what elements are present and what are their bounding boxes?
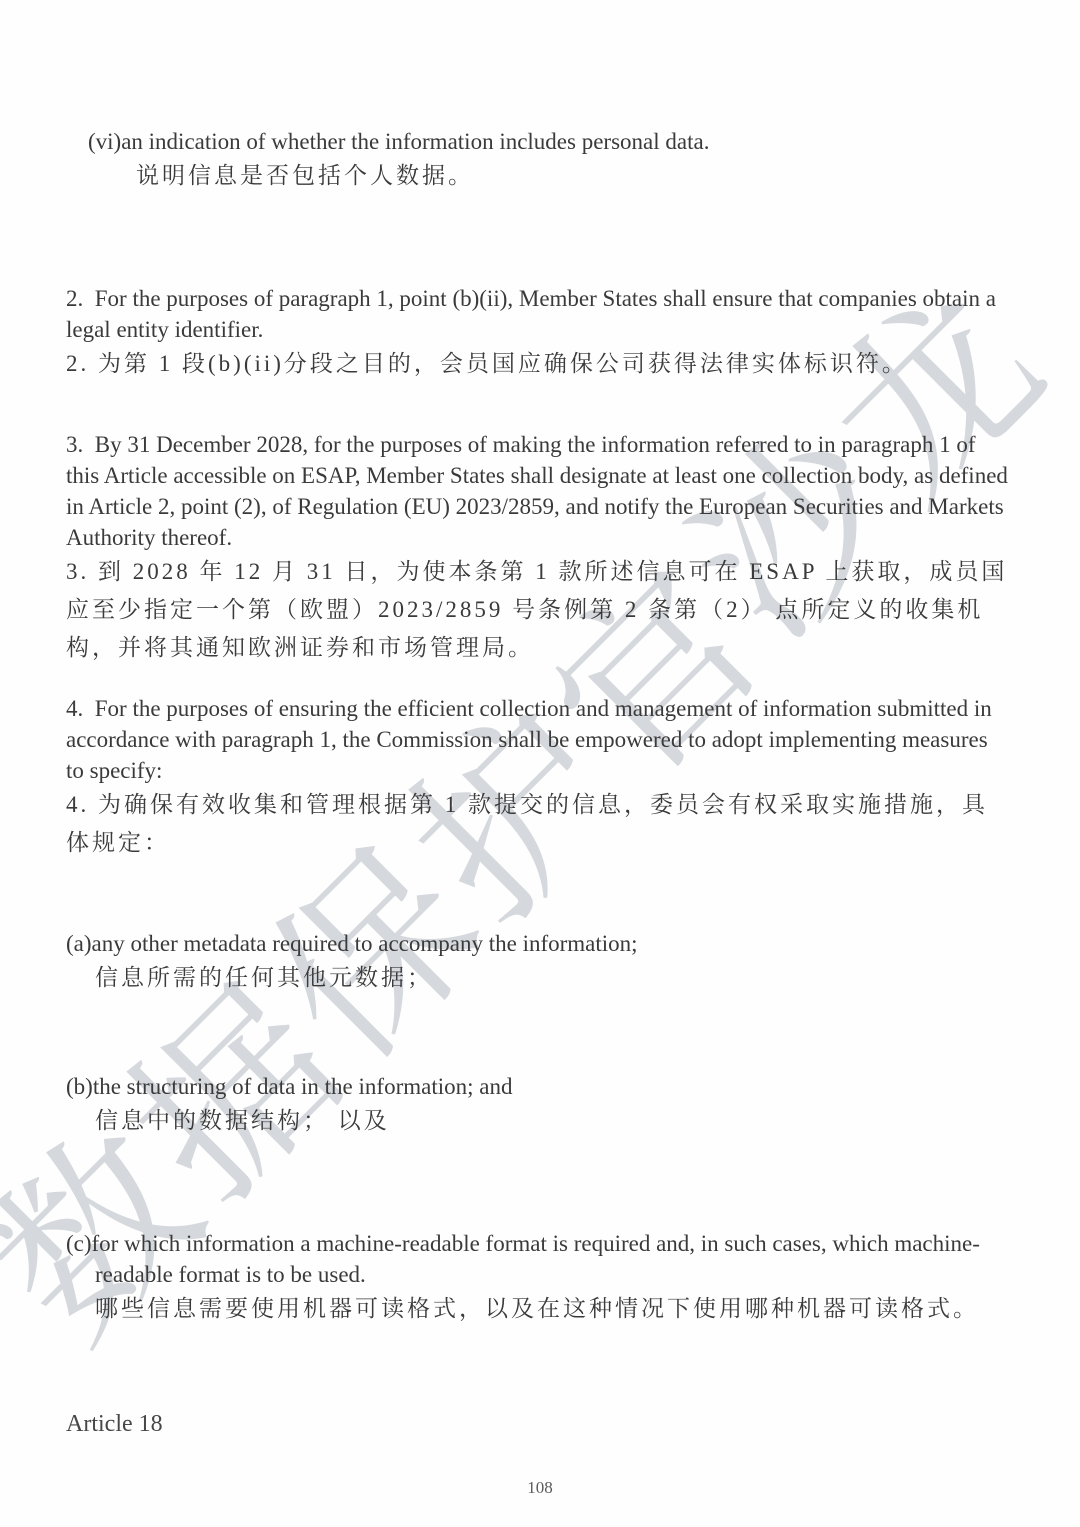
item-c-chinese: 哪些信息需要使用机器可读格式，以及在这种情况下使用哪种机器可读格式。 (66, 1290, 1008, 1328)
item-b: (b)the structuring of data in the inform… (66, 1071, 1008, 1140)
clause-vi-english: (vi)an indication of whether the informa… (66, 126, 1008, 157)
item-a: (a)any other metadata required to accomp… (66, 928, 1008, 997)
item-c: (c)for which information a machine-reada… (66, 1228, 1008, 1328)
item-a-english: (a)any other metadata required to accomp… (66, 928, 1008, 959)
article-heading: Article 18 (66, 1408, 1008, 1441)
paragraph-4-english: 4. For the purposes of ensuring the effi… (66, 693, 1008, 786)
document-page: 数据保护官沙龙 (vi)an indication of whether the… (0, 0, 1080, 1527)
paragraph-4: 4. For the purposes of ensuring the effi… (66, 693, 1008, 862)
clause-vi-chinese: 说明信息是否包括个人数据。 (66, 157, 1008, 195)
document-content: (vi)an indication of whether the informa… (0, 126, 1080, 1441)
paragraph-3-english: 3. By 31 December 2028, for the purposes… (66, 429, 1008, 553)
item-b-chinese: 信息中的数据结构； 以及 (66, 1102, 1008, 1140)
paragraph-2-english: 2. For the purposes of paragraph 1, poin… (66, 283, 1008, 345)
page-number: 108 (0, 1478, 1080, 1498)
paragraph-2: 2. For the purposes of paragraph 1, poin… (66, 283, 1008, 383)
item-b-english: (b)the structuring of data in the inform… (66, 1071, 1008, 1102)
item-c-english: (c)for which information a machine-reada… (66, 1228, 1008, 1290)
paragraph-2-chinese: 2. 为第 1 段(b)(ii)分段之目的，会员国应确保公司获得法律实体标识符。 (66, 345, 1008, 383)
paragraph-4-chinese: 4. 为确保有效收集和管理根据第 1 款提交的信息，委员会有权采取实施措施，具体… (66, 786, 1008, 862)
clause-vi: (vi)an indication of whether the informa… (66, 126, 1008, 195)
item-a-chinese: 信息所需的任何其他元数据； (66, 959, 1008, 997)
paragraph-3-chinese: 3. 到 2028 年 12 月 31 日，为使本条第 1 款所述信息可在 ES… (66, 553, 1008, 667)
paragraph-3: 3. By 31 December 2028, for the purposes… (66, 429, 1008, 667)
